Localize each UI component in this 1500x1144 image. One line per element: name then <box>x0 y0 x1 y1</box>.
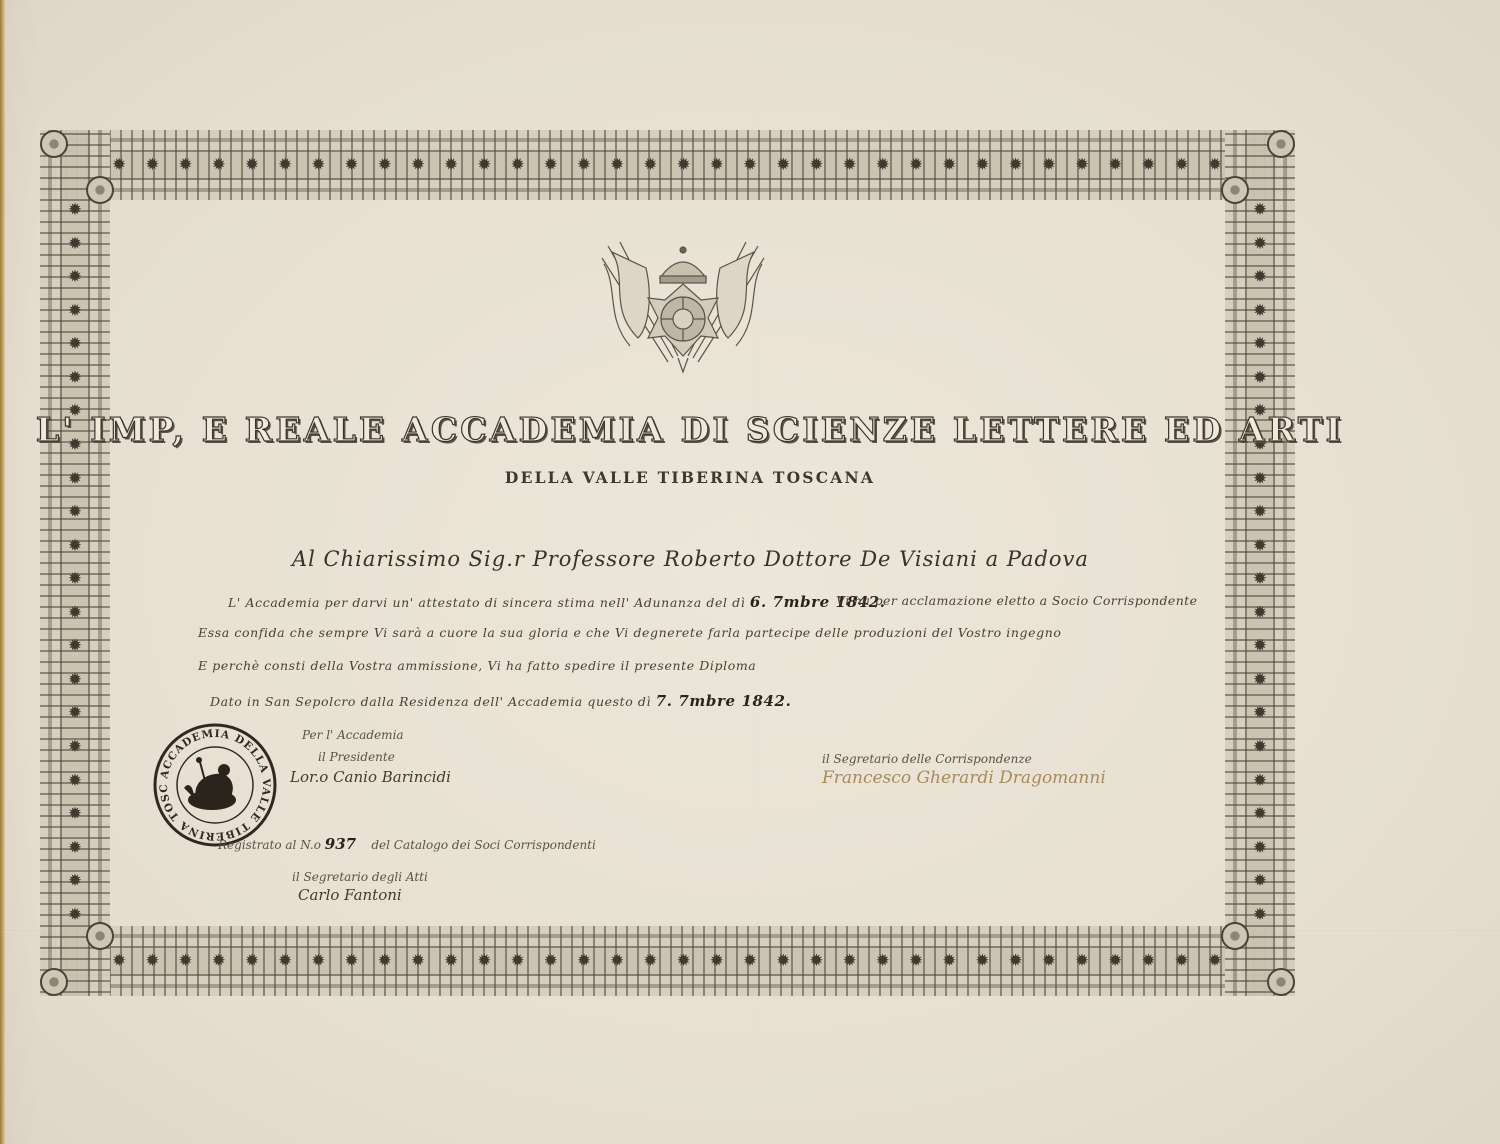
border-star-icon: ✹ <box>145 953 159 970</box>
border-star-icon: ✹ <box>809 953 823 970</box>
secretary-acts-signature: Carlo Fantoni <box>298 886 402 904</box>
corner-rosette-icon <box>86 922 114 950</box>
border-star-icon: ✹ <box>1075 157 1089 174</box>
border-star-icon: ✹ <box>610 953 624 970</box>
border-star-icon: ✹ <box>909 157 923 174</box>
border-bottom-stars: ✹✹✹✹✹✹✹✹✹✹✹✹✹✹✹✹✹✹✹✹✹✹✹✹✹✹✹✹✹✹✹✹✹✹ <box>112 948 1222 974</box>
border-star-icon: ✹ <box>212 953 226 970</box>
border-star-icon: ✹ <box>68 605 82 622</box>
border-star-icon: ✹ <box>1141 157 1155 174</box>
border-star-icon: ✹ <box>68 336 82 353</box>
corner-rosette-icon <box>86 176 114 204</box>
border-star-icon: ✹ <box>1208 157 1222 174</box>
border-star-icon: ✹ <box>68 303 82 320</box>
registration-text: Registrato al N.o <box>218 838 321 852</box>
president-label-1: Per l' Accademia <box>302 728 404 742</box>
border-star-icon: ✹ <box>510 157 524 174</box>
border-star-icon: ✹ <box>1253 303 1267 320</box>
secretary-correspondence-signature: Francesco Gherardi Dragomanni <box>822 768 1106 788</box>
border-star-icon: ✹ <box>68 773 82 790</box>
border-star-icon: ✹ <box>544 157 558 174</box>
border-star-icon: ✹ <box>676 157 690 174</box>
border-star-icon: ✹ <box>68 236 82 253</box>
border-star-icon: ✹ <box>145 157 159 174</box>
border-star-icon: ✹ <box>444 157 458 174</box>
border-star-icon: ✹ <box>68 504 82 521</box>
page-gilt-edge <box>0 0 5 1144</box>
border-star-icon: ✹ <box>676 953 690 970</box>
border-star-icon: ✹ <box>1253 705 1267 722</box>
border-star-icon: ✹ <box>1175 953 1189 970</box>
border-star-icon: ✹ <box>1108 157 1122 174</box>
border-star-icon: ✹ <box>311 953 325 970</box>
border-star-icon: ✹ <box>510 953 524 970</box>
corner-rosette-icon <box>1267 968 1295 996</box>
border-star-icon: ✹ <box>68 806 82 823</box>
border-star-icon: ✹ <box>544 953 558 970</box>
border-star-icon: ✹ <box>1141 953 1155 970</box>
academy-subtitle: DELLA VALLE TIBERINA TOSCANA <box>0 468 1440 487</box>
corner-rosette-icon <box>1267 130 1295 158</box>
border-star-icon: ✹ <box>909 953 923 970</box>
border-star-icon: ✹ <box>1253 907 1267 924</box>
border-star-icon: ✹ <box>1253 873 1267 890</box>
border-star-icon: ✹ <box>444 953 458 970</box>
border-star-icon: ✹ <box>1253 773 1267 790</box>
academy-title: L' IMP, E REALE ACCADEMIA DI SCIENZE LET… <box>0 410 1440 449</box>
border-star-icon: ✹ <box>1253 571 1267 588</box>
border-star-icon: ✹ <box>1108 953 1122 970</box>
president-label-2: il Presidente <box>318 750 395 764</box>
secretary-acts-label: il Segretario degli Atti <box>292 870 428 884</box>
secretary-correspondence-label: il Segretario delle Corrispondenze <box>822 752 1032 766</box>
registration-line: Registrato al N.o 937 del Catalogo dei S… <box>218 835 596 853</box>
border-star-icon: ✹ <box>344 157 358 174</box>
border-star-icon: ✹ <box>942 953 956 970</box>
border-star-icon: ✹ <box>477 157 491 174</box>
border-star-icon: ✹ <box>577 953 591 970</box>
border-top-stars: ✹✹✹✹✹✹✹✹✹✹✹✹✹✹✹✹✹✹✹✹✹✹✹✹✹✹✹✹✹✹✹✹✹✹ <box>112 152 1222 178</box>
issue-date: 7. 7mbre 1842. <box>656 692 792 710</box>
coat-of-arms-icon <box>598 238 768 378</box>
corner-rosette-icon <box>40 130 68 158</box>
border-star-icon: ✹ <box>876 953 890 970</box>
border-star-icon: ✹ <box>68 907 82 924</box>
border-star-icon: ✹ <box>643 157 657 174</box>
border-star-icon: ✹ <box>776 157 790 174</box>
border-star-icon: ✹ <box>776 953 790 970</box>
border-star-icon: ✹ <box>68 873 82 890</box>
border-star-icon: ✹ <box>112 953 126 970</box>
border-star-icon: ✹ <box>876 157 890 174</box>
border-star-icon: ✹ <box>1253 504 1267 521</box>
border-star-icon: ✹ <box>68 370 82 387</box>
border-star-icon: ✹ <box>710 157 724 174</box>
border-star-icon: ✹ <box>1175 157 1189 174</box>
border-star-icon: ✹ <box>378 157 392 174</box>
president-signature: Lor.o Canio Barincidi <box>290 768 451 786</box>
border-star-icon: ✹ <box>278 157 292 174</box>
border-star-icon: ✹ <box>1075 953 1089 970</box>
border-star-icon: ✹ <box>68 739 82 756</box>
border-star-icon: ✹ <box>378 953 392 970</box>
border-star-icon: ✹ <box>477 953 491 970</box>
border-star-icon: ✹ <box>577 157 591 174</box>
body-line-3: E perchè consti della Vostra ammissione,… <box>198 658 756 673</box>
border-star-icon: ✹ <box>68 672 82 689</box>
border-star-icon: ✹ <box>1253 739 1267 756</box>
border-star-icon: ✹ <box>1008 157 1022 174</box>
border-star-icon: ✹ <box>112 157 126 174</box>
border-star-icon: ✹ <box>610 157 624 174</box>
border-star-icon: ✹ <box>743 953 757 970</box>
border-star-icon: ✹ <box>1253 605 1267 622</box>
border-star-icon: ✹ <box>1253 538 1267 555</box>
body-line-2: Essa confida che sempre Vi sarà a cuore … <box>198 625 1062 640</box>
border-star-icon: ✹ <box>178 953 192 970</box>
border-star-icon: ✹ <box>411 157 425 174</box>
border-star-icon: ✹ <box>1042 157 1056 174</box>
border-right-stars: ✹✹✹✹✹✹✹✹✹✹✹✹✹✹✹✹✹✹✹✹✹✹ <box>1247 202 1273 924</box>
border-star-icon: ✹ <box>1253 840 1267 857</box>
body-line-1-cont: Vi ha per acclamazione eletto a Socio Co… <box>836 593 1197 608</box>
border-star-icon: ✹ <box>68 269 82 286</box>
body-line-4: Dato in San Sepolcro dalla Residenza del… <box>210 692 791 710</box>
border-star-icon: ✹ <box>245 157 259 174</box>
border-star-icon: ✹ <box>1253 236 1267 253</box>
border-star-icon: ✹ <box>1253 806 1267 823</box>
border-star-icon: ✹ <box>411 953 425 970</box>
border-star-icon: ✹ <box>68 571 82 588</box>
border-star-icon: ✹ <box>278 953 292 970</box>
border-star-icon: ✹ <box>743 157 757 174</box>
border-star-icon: ✹ <box>1253 269 1267 286</box>
border-star-icon: ✹ <box>68 705 82 722</box>
border-star-icon: ✹ <box>842 953 856 970</box>
border-star-icon: ✹ <box>68 202 82 219</box>
border-star-icon: ✹ <box>975 157 989 174</box>
border-star-icon: ✹ <box>68 840 82 857</box>
border-star-icon: ✹ <box>1253 370 1267 387</box>
border-star-icon: ✹ <box>212 157 226 174</box>
registration-number: 937 <box>325 835 356 853</box>
border-star-icon: ✹ <box>245 953 259 970</box>
border-star-icon: ✹ <box>1253 672 1267 689</box>
body-line-1-text: L' Accademia per darvi un' attestato di … <box>228 595 745 610</box>
border-star-icon: ✹ <box>809 157 823 174</box>
corner-rosette-icon <box>1221 176 1249 204</box>
border-star-icon: ✹ <box>1008 953 1022 970</box>
border-star-icon: ✹ <box>975 953 989 970</box>
border-star-icon: ✹ <box>1253 336 1267 353</box>
border-star-icon: ✹ <box>311 157 325 174</box>
border-star-icon: ✹ <box>643 953 657 970</box>
border-star-icon: ✹ <box>1042 953 1056 970</box>
corner-rosette-icon <box>1221 922 1249 950</box>
border-star-icon: ✹ <box>178 157 192 174</box>
border-star-icon: ✹ <box>68 638 82 655</box>
border-star-icon: ✹ <box>942 157 956 174</box>
border-star-icon: ✹ <box>344 953 358 970</box>
body-line-4-text: Dato in San Sepolcro dalla Residenza del… <box>210 694 651 709</box>
border-star-icon: ✹ <box>68 538 82 555</box>
addressee: Al Chiarissimo Sig.r Professore Roberto … <box>292 547 1089 571</box>
corner-rosette-icon <box>40 968 68 996</box>
border-star-icon: ✹ <box>1253 202 1267 219</box>
border-star-icon: ✹ <box>1208 953 1222 970</box>
border-star-icon: ✹ <box>842 157 856 174</box>
body-line-1: L' Accademia per darvi un' attestato di … <box>228 593 886 611</box>
registration-text-cont: del Catalogo dei Soci Corrispondenti <box>371 838 595 852</box>
border-star-icon: ✹ <box>1253 638 1267 655</box>
academy-seal-icon: ACCADEMIA DELLA VALLE TIBERINA TOSCANA <box>152 722 278 848</box>
border-star-icon: ✹ <box>710 953 724 970</box>
border-left-stars: ✹✹✹✹✹✹✹✹✹✹✹✹✹✹✹✹✹✹✹✹✹✹ <box>62 202 88 924</box>
